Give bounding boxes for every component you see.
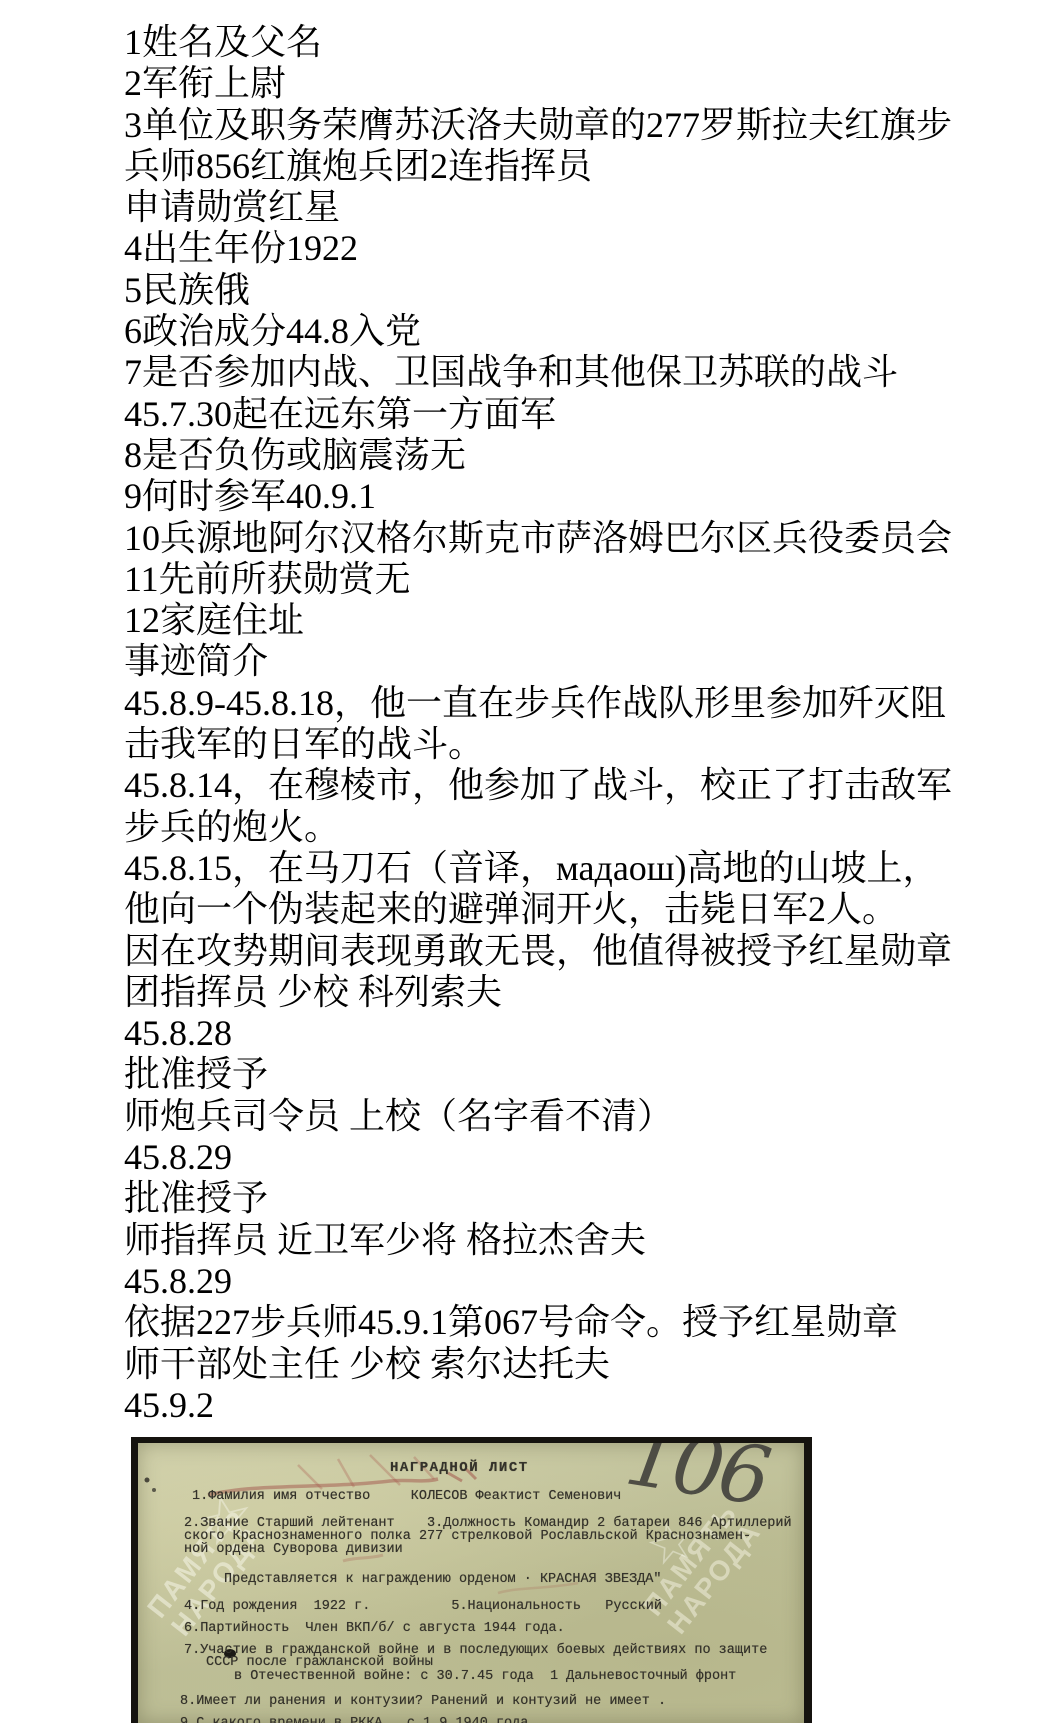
translation-line: 7是否参加内战、卫国战争和其他保卫苏联的战斗	[124, 352, 952, 393]
translation-line: 事迹简介	[124, 641, 952, 682]
translation-line: 10兵源地阿尔汉格尔斯克市萨洛姆巴尔区兵役委员会	[124, 518, 952, 559]
translation-line: 8是否负伤或脑震荡无	[124, 435, 952, 476]
scan-row-name: 1.Фамилия имя отчество КОЛЕСОВ Феактист …	[192, 1490, 621, 1504]
translation-line: 11先前所获勋赏无	[124, 559, 952, 600]
scan-row-service-since: 9.С какого времени в РККА с 1.9.1940 год…	[180, 1717, 528, 1723]
scan-title: НАГРАДНОЙ ЛИСТ	[390, 1460, 529, 1476]
translation-line: 因在攻势期间表现勇敢无畏，他值得被授予红星勋章	[124, 931, 952, 972]
translation-line: 6政治成分44.8入党	[124, 311, 952, 352]
translation-line: 1姓名及父名	[124, 22, 952, 63]
translation-line: 45.8.14，在穆棱市，他参加了战斗，校正了打击敌军	[124, 765, 952, 806]
scan-row-rank-duty-3: ной ордена Суворова дивизии	[184, 1543, 403, 1557]
translation-line: 45.7.30起在远东第一方面军	[124, 394, 952, 435]
translation-line: 他向一个伪装起来的避弹洞开火，击毙日军2人。	[124, 889, 952, 930]
translation-line: 批准授予	[124, 1178, 952, 1219]
translation-line: 申请勋赏红星	[124, 187, 952, 228]
translation-line: 45.8.9-45.8.18，他一直在步兵作战队形里参加歼灭阻	[124, 683, 952, 724]
translation-line: 师炮兵司令员 上校（名字看不清）	[124, 1096, 952, 1137]
translation-line: 团指挥员 少校 科列索夫	[124, 972, 952, 1013]
translation-line: 45.8.15，在马刀石（音译，мадаош)高地的山坡上，	[124, 848, 952, 889]
translation-line: 击我军的日军的战斗。	[124, 724, 952, 765]
handwritten-page-number: 106	[621, 1443, 772, 1518]
translation-line: 45.8.28	[124, 1013, 952, 1054]
translation-line: 师指挥员 近卫军少将 格拉杰舍夫	[124, 1220, 952, 1261]
translation-line: 12家庭住址	[124, 600, 952, 641]
translation-line: 45.8.29	[124, 1261, 952, 1302]
translation-line: 师干部处主任 少校 索尔达托夫	[124, 1344, 952, 1385]
scan-paper: ПАМЯТЬ НАРОДА ПАМЯТЬ НАРОДА ☆ ☆	[138, 1443, 804, 1723]
translation-line: 5民族俄	[124, 270, 952, 311]
translation-line: 步兵的炮火。	[124, 807, 952, 848]
translation-line: 兵师856红旗炮兵团2连指挥员	[124, 146, 952, 187]
scan-row-participation-3: в Отечественной войне: с 30.7.45 года 1 …	[234, 1670, 736, 1684]
scanned-document: ПАМЯТЬ НАРОДА ПАМЯТЬ НАРОДА ☆ ☆	[131, 1437, 812, 1723]
scan-row-presented: Представляется к награждению орденом · К…	[224, 1573, 661, 1587]
translation-line: 依据227步兵师45.9.1第067号命令。授予红星勋章	[124, 1302, 952, 1343]
translation-line: 45.9.2	[124, 1385, 952, 1426]
translation-text-block: 1姓名及父名2军衔上尉3单位及职务荣膺苏沃洛夫勋章的277罗斯拉夫红旗步兵师85…	[124, 22, 952, 1426]
scan-row-party: 6.Партийность Член ВКП/б/ с августа 1944…	[184, 1622, 565, 1636]
scan-row-wounds: 8.Имеет ли ранения и контузии? Ранений и…	[180, 1695, 666, 1709]
translation-line: 45.8.29	[124, 1137, 952, 1178]
translation-line: 9何时参军40.9.1	[124, 476, 952, 517]
translation-line: 2军衔上尉	[124, 63, 952, 104]
translation-line: 3单位及职务荣膺苏沃洛夫勋章的277罗斯拉夫红旗步	[124, 105, 952, 146]
translation-line: 批准授予	[124, 1054, 952, 1095]
scan-row-participation-2: СССР после гражланской войны	[206, 1656, 433, 1670]
scan-row-birth-nationality: 4.Год рождения 1922 г. 5.Национальность …	[184, 1600, 662, 1614]
document-page: 1姓名及父名2军衔上尉3单位及职务荣膺苏沃洛夫勋章的277罗斯拉夫红旗步兵师85…	[0, 0, 1055, 1723]
translation-line: 4出生年份1922	[124, 228, 952, 269]
